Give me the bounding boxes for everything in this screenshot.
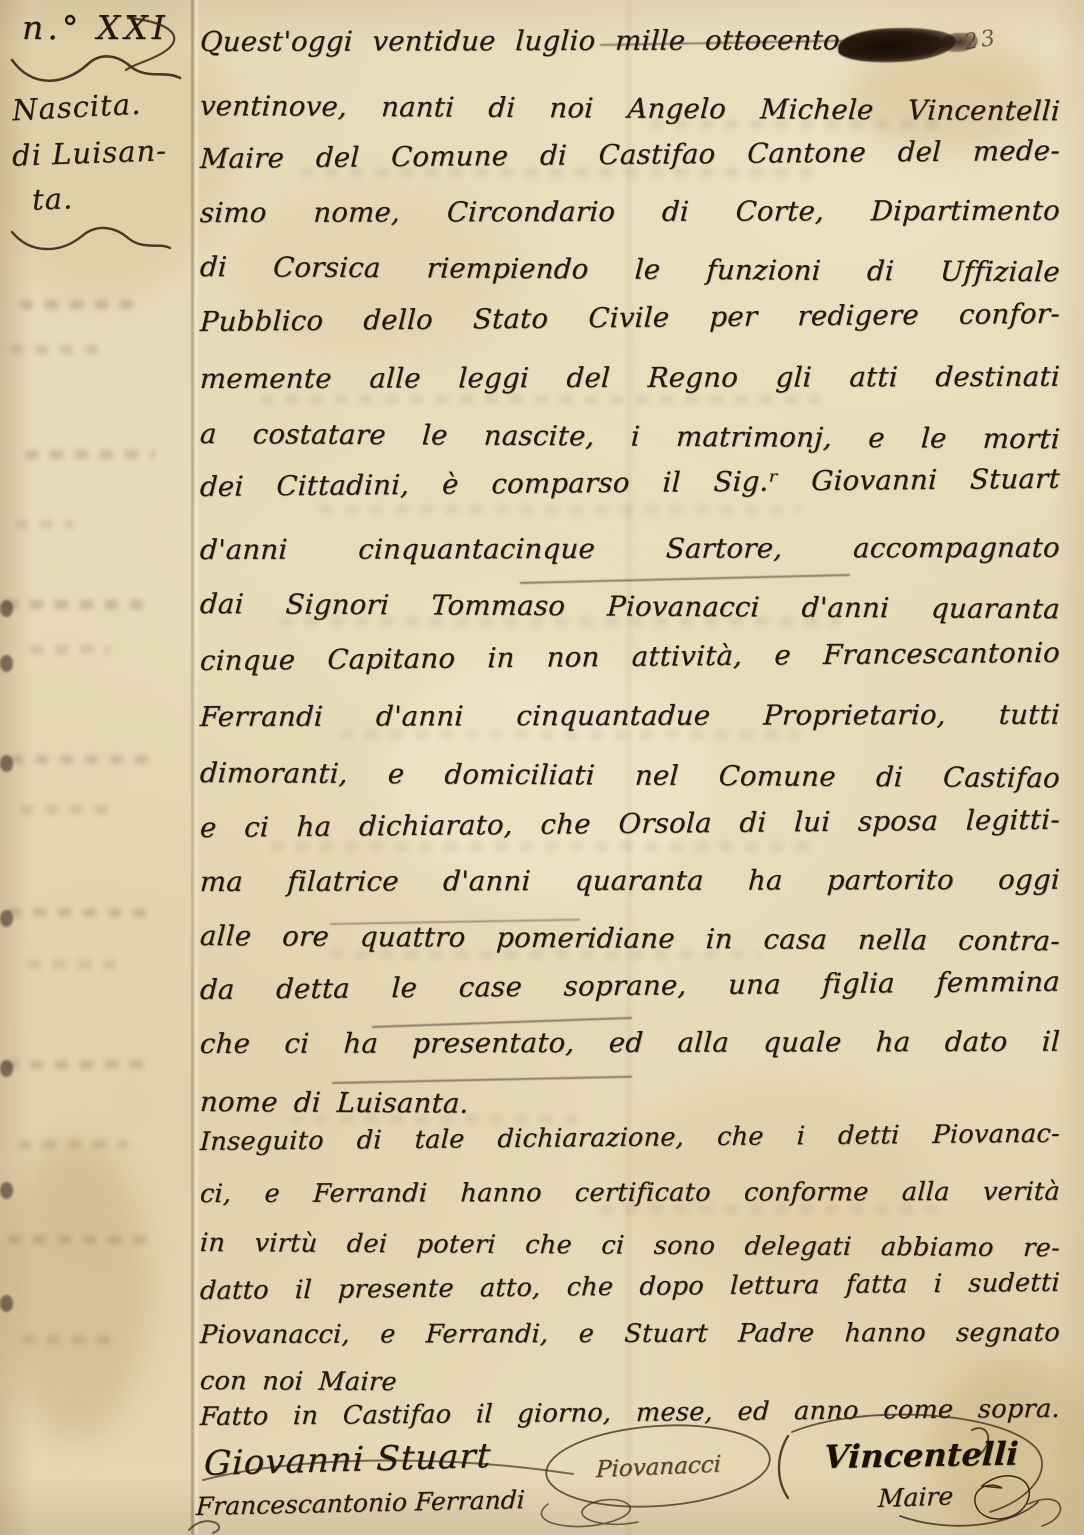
manuscript-line: dei Cittadini, è comparso il Sig.ʳ Giova… xyxy=(199,463,1060,503)
manuscript-line: ventinove, nanti di noi Angelo Michele V… xyxy=(199,90,1061,127)
edge-ink-dot xyxy=(0,1060,13,1077)
bleed-mark xyxy=(28,960,118,969)
edge-ink-dot xyxy=(0,1295,13,1312)
flourish-underline-icon xyxy=(6,48,186,90)
manuscript-line: cinque Capitano in non attività, e Franc… xyxy=(199,637,1060,677)
stray-stroke xyxy=(332,1076,632,1084)
margin-fold-line xyxy=(191,0,194,1535)
bleed-mark xyxy=(5,1060,155,1069)
bleed-mark xyxy=(260,395,820,404)
manuscript-line: di Corsica riempiendo le funzioni di Uff… xyxy=(199,251,1061,288)
manuscript-line: alle ore quattro pomeridiane in casa nel… xyxy=(199,920,1061,957)
manuscript-line: d'anni cinquantacinque Sartore, accompag… xyxy=(199,532,1061,566)
manuscript-line: Maire del Comune di Castifao Cantone del… xyxy=(199,135,1060,175)
signature-vincentelli: Vincentelli xyxy=(823,1435,1019,1476)
edge-ink-dot xyxy=(0,655,13,672)
signature-stuart: Giovanni Stuart xyxy=(203,1436,492,1484)
edge-ink-dot xyxy=(0,1182,13,1199)
manuscript-line: in virtù dei poteri che ci sono delegati… xyxy=(199,1228,1061,1263)
bleed-mark xyxy=(8,1235,148,1244)
bleed-mark xyxy=(22,1335,122,1344)
bleed-mark xyxy=(270,842,810,851)
bleed-mark xyxy=(30,645,110,654)
manuscript-line: ci, e Ferrandi hanno certificato conform… xyxy=(199,1177,1060,1209)
signature-piovanacci: Piovanacci xyxy=(595,1452,721,1484)
manuscript-line: nome di Luisanta. xyxy=(199,1086,470,1120)
bleed-mark xyxy=(10,755,150,764)
manuscript-line: Inseguito di tale dichiarazione, che i d… xyxy=(199,1119,1060,1157)
margin-fold-highlight xyxy=(195,0,198,1535)
manuscript-line: ma filatrice d'anni quaranta ha partorit… xyxy=(199,864,1061,898)
bleed-mark xyxy=(20,300,140,309)
manuscript-line: Pubblico dello Stato Civile per redigere… xyxy=(199,298,1060,338)
manuscript-line: datto il presente atto, che dopo lettura… xyxy=(199,1268,1060,1306)
bleed-mark xyxy=(20,805,120,814)
manuscript-line: Piovanacci, e Ferrandi, e Stuart Padre h… xyxy=(199,1318,1060,1350)
bleed-mark xyxy=(18,1140,128,1149)
manuscript-line: a costatare le nascite, i matrimonj, e l… xyxy=(199,418,1061,455)
manuscript-line: dimoranti, e domiciliati nel Comune di C… xyxy=(199,757,1061,794)
ink-blot xyxy=(837,26,956,64)
bleed-mark xyxy=(25,450,155,459)
edge-ink-dot xyxy=(0,910,13,927)
margin-title-line: Nascita. xyxy=(11,87,142,128)
signature-maire-title: Maire xyxy=(877,1481,953,1513)
paper-stain xyxy=(0,1140,150,1440)
ink-blot-digits: 23 xyxy=(962,25,999,55)
bleed-mark xyxy=(10,345,100,354)
manuscript-line: Ferrandi d'anni cinquantadue Proprietari… xyxy=(199,699,1061,733)
margin-title-line: di Luisan- xyxy=(11,133,167,172)
manuscript-line: e ci ha dichiarato, che Orsola di lui sp… xyxy=(199,804,1060,844)
manuscript-line: con noi Maire xyxy=(199,1366,398,1397)
bleed-mark xyxy=(15,520,75,529)
edge-ink-dot xyxy=(0,600,13,617)
manuscript-line: da detta le case soprane, una figlia fem… xyxy=(199,966,1060,1006)
bleed-mark xyxy=(320,505,800,514)
edge-ink-dot xyxy=(0,755,13,772)
bleed-mark xyxy=(8,908,158,917)
manuscript-page: n.° XXI Nascita. di Luisan- ta. Quest'og… xyxy=(0,0,1084,1535)
flourish-underline-icon xyxy=(6,218,176,258)
manuscript-line: dai Signori Tommaso Piovanacci d'anni qu… xyxy=(199,588,1061,625)
manuscript-line: simo nome, Circondario di Corte, Diparti… xyxy=(199,195,1061,229)
bleed-mark xyxy=(5,600,155,609)
stray-stroke xyxy=(520,574,850,584)
margin-title-line: ta. xyxy=(31,181,73,216)
manuscript-line: che ci ha presentato, ed alla quale ha d… xyxy=(199,1026,1061,1060)
manuscript-line: memente alle leggi del Regno gli atti de… xyxy=(199,361,1061,395)
